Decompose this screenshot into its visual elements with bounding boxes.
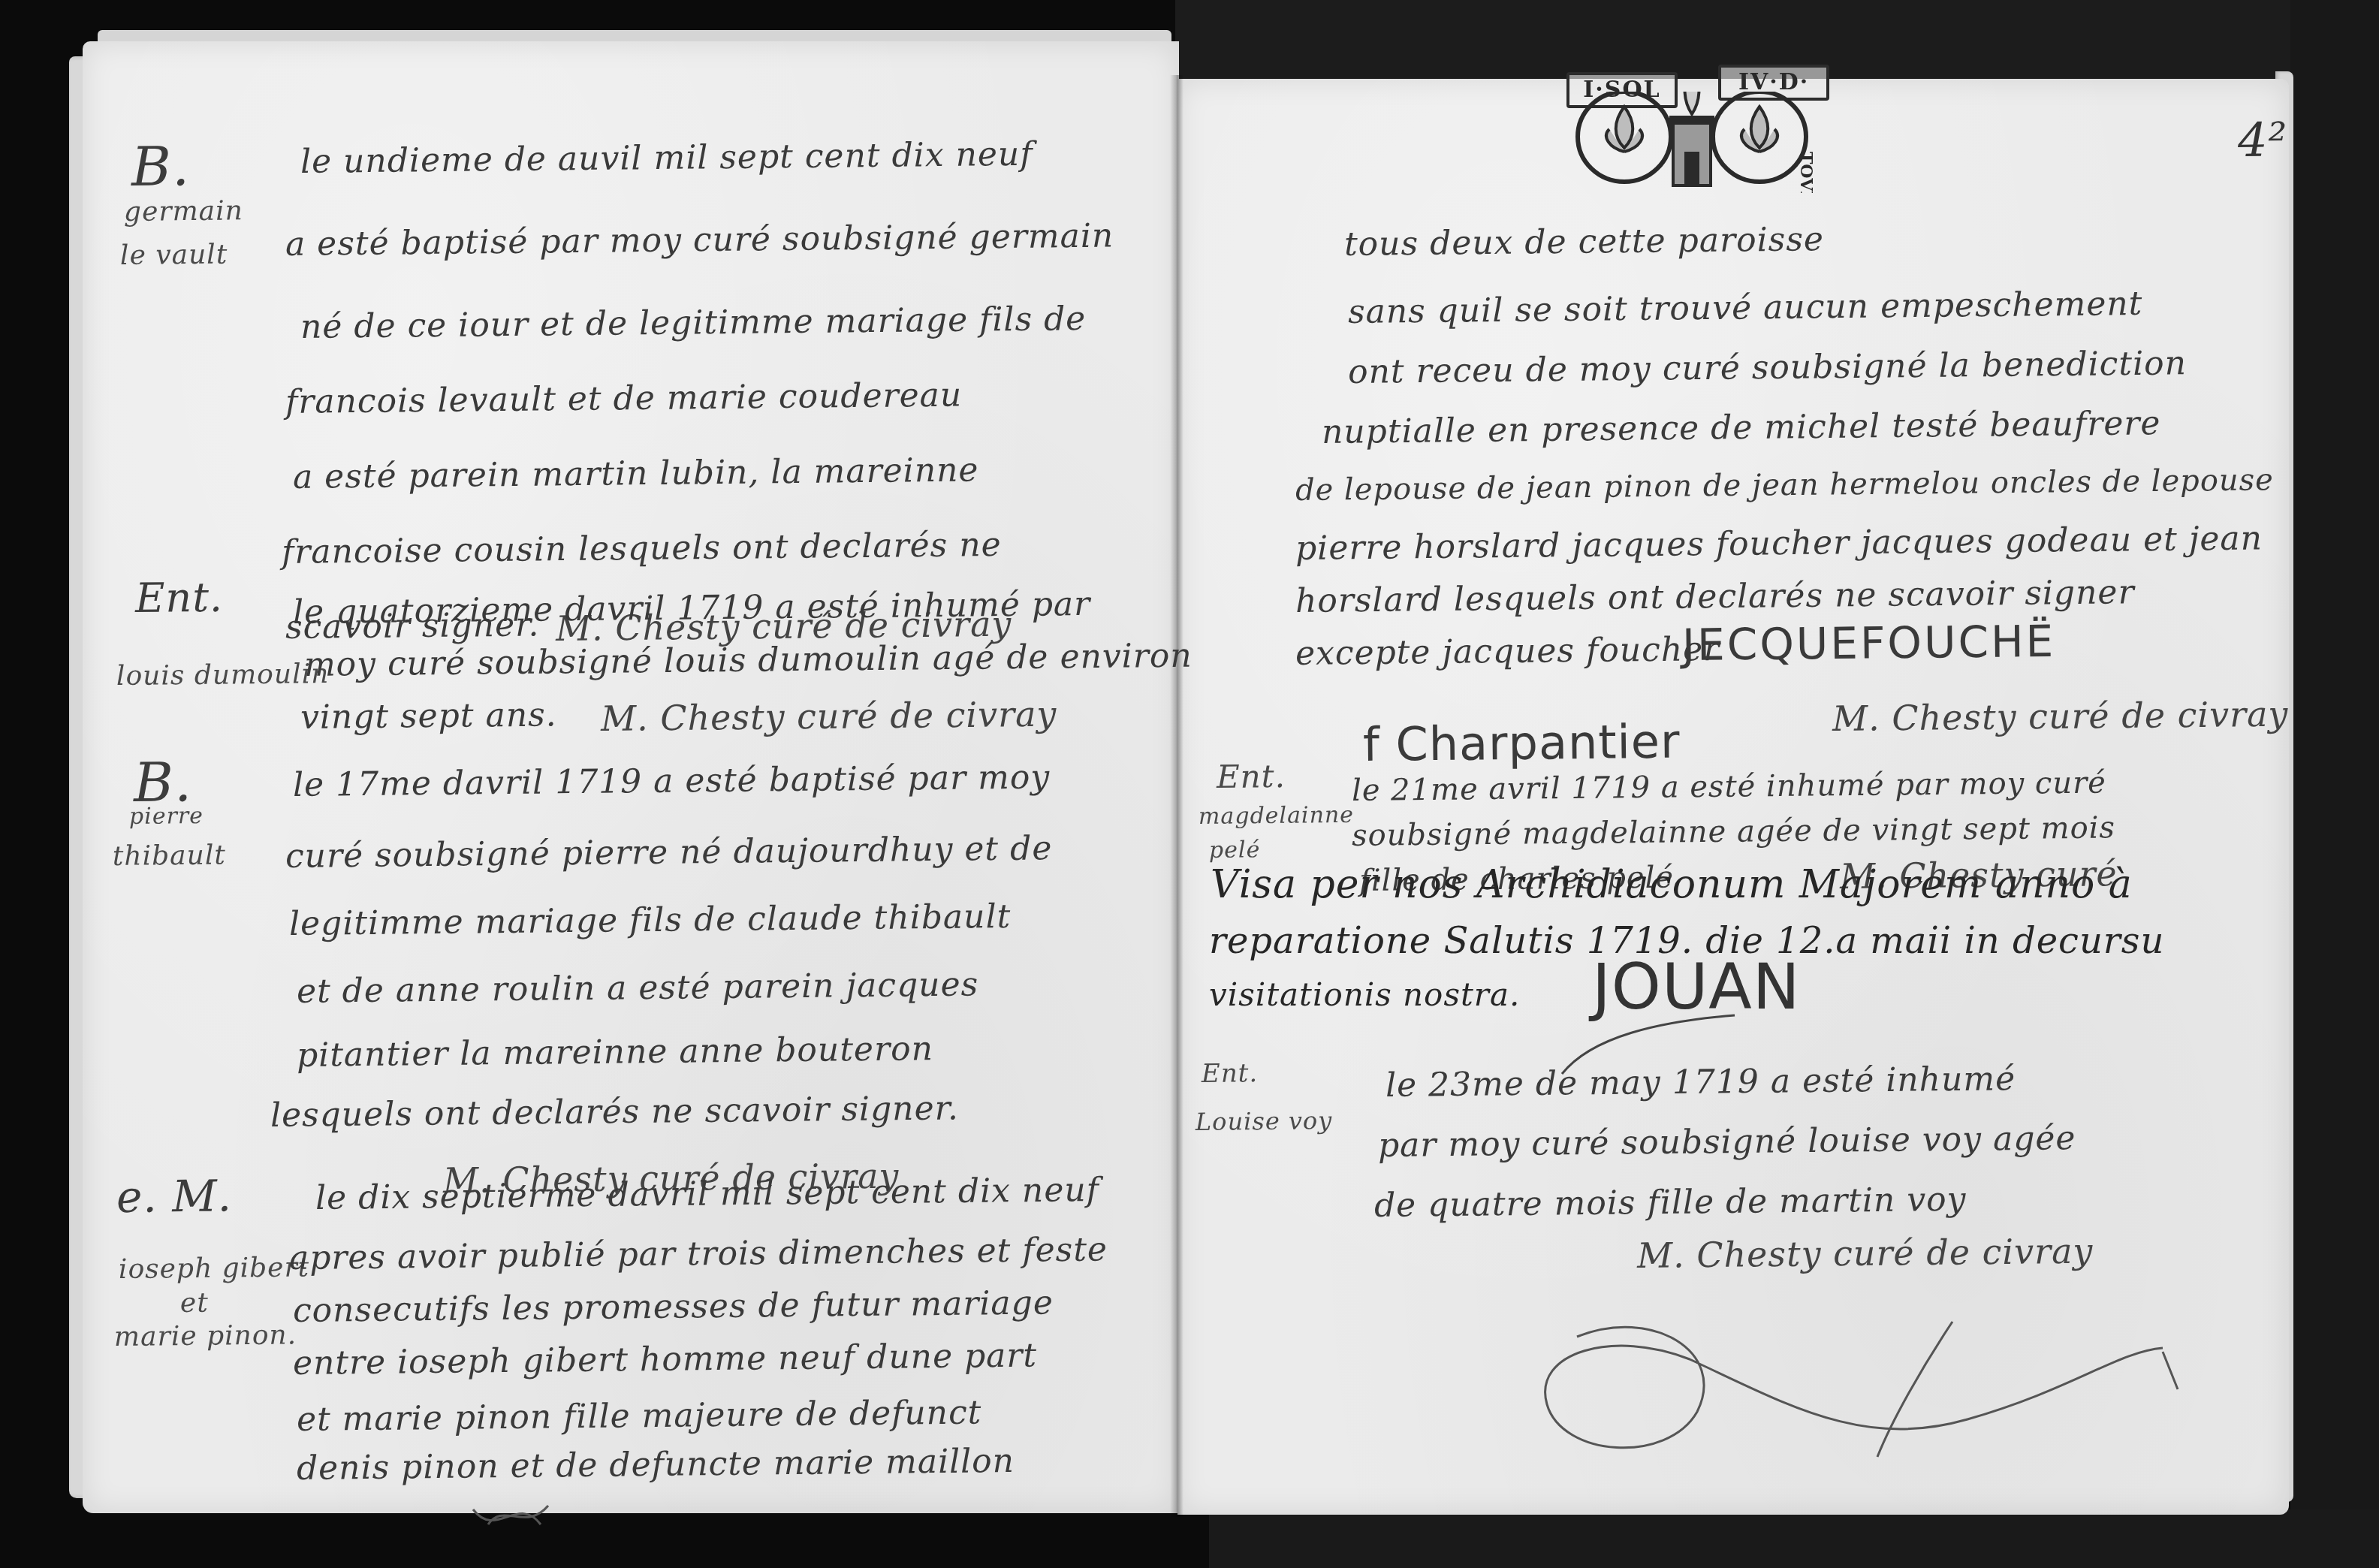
priest-signature: M. Chesty curé de civray (601, 694, 1057, 739)
margin-name: marie pinon. (114, 1319, 297, 1352)
scan-background-right (2290, 0, 2379, 1568)
margin-name: pelé (1209, 837, 1261, 864)
stamp-side-text: TOVRS (1796, 152, 1816, 193)
visa-line: visitationis nostra. (1209, 976, 1520, 1013)
closing-flourish-icon (1502, 1307, 2223, 1479)
entry-line: de quatre mois fille de martin voy (1374, 1181, 1967, 1225)
margin-name: pierre (129, 803, 204, 830)
margin-name: thibault (113, 840, 226, 872)
entry-line: entre ioseph gibert homme neuf dune part (293, 1337, 1038, 1383)
margin-letter-baptism: B. (131, 134, 191, 198)
entry-line: vingt sept ans. (300, 695, 557, 737)
margin-name: magdelainne (1199, 802, 1354, 830)
entry-line: curé soubsigné pierre né daujourdhuy et … (285, 829, 1053, 876)
entry-line: pitantier la mareinne anne bouteron (297, 1030, 933, 1075)
entry-line: et de anne roulin a esté parein jacques (297, 965, 979, 1011)
margin-letter-burial: Ent. (1202, 1058, 1259, 1089)
priest-signature: M. Chesty curé de civray (1637, 1231, 2094, 1276)
priest-signature: M. Chesty curé de civray (1832, 694, 2289, 739)
margin-name: germain (124, 195, 243, 228)
entry-line: legitimme mariage fils de claude thibaul… (289, 897, 1012, 943)
margin-name: ioseph gibert (119, 1252, 310, 1285)
entry-line: le 23me de may 1719 a esté inhumé (1385, 1060, 2016, 1105)
folio-number: 4² (2238, 112, 2288, 167)
witness-signature: f Charpantier (1363, 714, 1681, 772)
entry-line: et marie pinon fille majeure de defunct (297, 1393, 982, 1439)
fleur-de-lis-crest-icon: TOVRS (1560, 92, 1825, 193)
margin-name: et (180, 1288, 209, 1319)
margin-name: le vault (120, 240, 228, 271)
entry-line: excepte jacques foucher (1295, 630, 1720, 673)
entry-line: le 17me davril 1719 a esté baptisé par m… (293, 758, 1051, 804)
margin-name: Louise voy (1196, 1106, 1333, 1136)
entry-line: lesquels ont declarés ne scavoir signer. (270, 1089, 959, 1135)
entry-line: a esté parein martin lubin, la mareinne (293, 451, 979, 496)
entry-line: le dix septierme davril mil sept cent di… (315, 1171, 1099, 1217)
book-gutter (1170, 75, 1183, 1517)
visa-line: Visa per nos Archidiaconum Majorem anno … (1211, 862, 2133, 907)
margin-name: louis dumoulin (116, 659, 330, 692)
flourish-icon (466, 1494, 556, 1539)
margin-letter-marriage: e. M. (116, 1170, 233, 1223)
tax-stamp: I·SOL IV·D· TOVRS (1560, 62, 1825, 189)
entry-line: francois levault et de marie coudereau (285, 376, 963, 421)
entry-line: par moy curé soubsigné louise voy agée (1378, 1119, 2076, 1165)
margin-letter-burial: Ent. (1217, 758, 1286, 795)
scan-background-bottom-right (1209, 1509, 2379, 1568)
entry-line: tous deux de cette paroisse (1344, 220, 1824, 264)
entry-line: consecutifs les promesses de futur maria… (293, 1283, 1054, 1330)
entry-line: le undieme de auvil mil sept cent dix ne… (300, 135, 1033, 181)
witness-signature: JECQUEFOUCHË (1682, 616, 2056, 671)
entry-line: denis pinon et de defuncte marie maillon (297, 1442, 1015, 1488)
margin-letter-burial: Ent. (135, 574, 224, 622)
entry-line: francoise cousin lesquels ont declarés n… (282, 526, 1002, 571)
